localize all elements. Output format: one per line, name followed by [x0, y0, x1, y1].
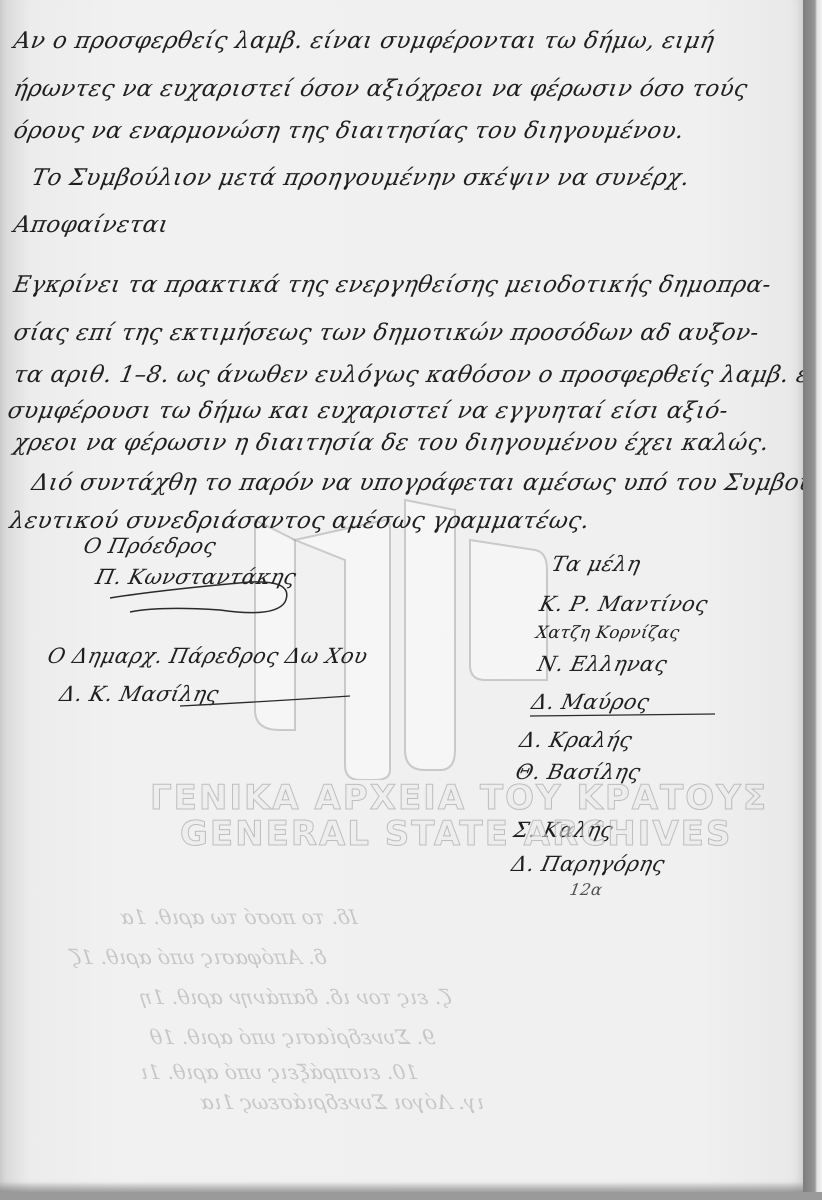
watermark-greek: ΓΕΝΙΚΑ ΑΡΧΕΙΑ ΤΟΥ ΚΡΑΤΟΥΣ — [150, 778, 768, 818]
bleed-through-line-1: Ιδ. το ποσό τω αριθ. 1α — [118, 905, 359, 929]
member-signature-2: Χατζη Κορνίζας — [535, 623, 681, 643]
president-signature-flourish-icon — [100, 570, 300, 620]
body-line-11: Διό συντάχθη το παρόν να υπογράφεται αμέ… — [30, 470, 822, 496]
bleed-through-line-2: δ. Απόφασις υπό αριθ. 1ζ — [68, 945, 327, 969]
manuscript-page: Αν ο προσφερθείς λαμβ. είναι συμφέρονται… — [0, 0, 803, 1192]
member-signature-1: Κ. Ρ. Μαντίνος — [537, 592, 710, 616]
members-title: Τα μέλη — [549, 552, 643, 576]
member-signature-5: Δ. Κραλής — [517, 728, 634, 752]
body-line-2: ήρωντες να ευχαριστεί όσον αξιόχρεοι να … — [12, 76, 750, 102]
bleed-through-line-6: ιγ. Λόγοι Συνεδριάσεως 1ια — [198, 1090, 485, 1114]
body-line-4: Το Συμβούλιον μετά προηγουμένην σκέψιν ν… — [30, 165, 692, 191]
deputy-signature-underline-icon — [180, 692, 360, 712]
body-line-10: χρεοι να φέρωσιν η διαιτησία δε του διηγ… — [12, 430, 771, 456]
bleed-through-line-3: ζ. εις τον ιδ. δαπάνην αριθ. 1η — [138, 985, 453, 1009]
body-line-1: Αν ο προσφερθείς λαμβ. είναι συμφέρονται… — [12, 28, 717, 54]
member-4-underline-icon — [530, 708, 720, 722]
president-title: Ο Πρόεδρος — [81, 534, 218, 558]
body-line-8: τα αριθ. 1–8. ως άνωθεν ευλόγως καθόσον … — [12, 362, 822, 388]
body-line-12: λευτικού συνεδριάσαντος αμέσως γραμματέω… — [8, 508, 592, 534]
member-signature-3: Ν. Ελληνας — [535, 652, 669, 676]
bleed-through-line-4: 9. Συνεδρίασις υπό αριθ. 1θ — [148, 1025, 437, 1049]
bleed-through-number: 12α — [568, 880, 604, 899]
page-bottom-edge — [0, 1192, 822, 1200]
body-line-3: όρους να εναρμονώση της διαιτησίας του δ… — [12, 118, 686, 144]
body-line-9: συμφέρουσι τω δήμω και ευχαριστεί να εγγ… — [6, 398, 730, 424]
member-signature-8: Δ. Παρηγόρης — [509, 852, 667, 876]
watermark-english: GENERAL STATE ARCHIVES — [180, 814, 732, 854]
bleed-through-line-5: 10. εισπράξεις υπό αριθ. 1ι — [138, 1060, 419, 1084]
body-line-6: Εγκρίνει τα πρακτικά της ενεργηθείσης με… — [12, 272, 773, 298]
body-line-7: σίας επί της εκτιμήσεως των δημοτικών πρ… — [12, 320, 761, 346]
page-edge-spine — [803, 0, 822, 1200]
body-line-5-heading: Αποφαίνεται — [12, 212, 171, 238]
deputy-mayor-title: Ο Δημαρχ. Πάρεδρος Δω Χου — [45, 644, 370, 668]
